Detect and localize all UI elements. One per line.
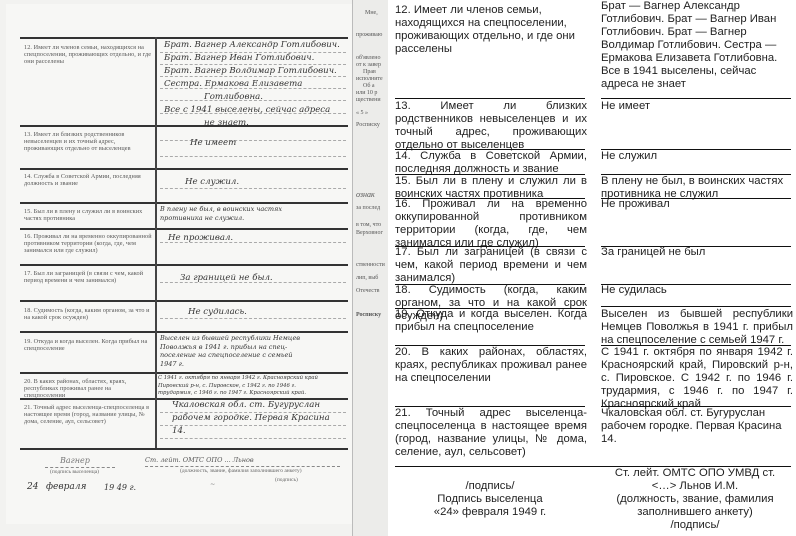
footer-signature: /подпись/	[395, 480, 585, 493]
scan-question-21: 21. Точный адрес выселенца-спецпоселенца…	[24, 404, 154, 426]
footer-officer-position: Ст. лейт. ОМТС ОПО УМВД ст.	[595, 467, 795, 480]
scan-column-divider	[155, 37, 157, 448]
question-text: 17. Был ли заграницей (в связи с чем, ка…	[395, 246, 587, 285]
handwritten-line: Брат. Вагнер Иван Готлибович.	[164, 52, 340, 65]
question-text: 13. Имеет ли близких родственников невыс…	[395, 100, 587, 152]
handwritten-line: Поволжья в 1941 г. прибыл на спец-	[160, 343, 300, 352]
scan-date-month: февраля	[46, 481, 86, 494]
scan-writing-line	[160, 438, 346, 439]
scan-officer-line: Ст. лейт. ОМТС ОПО ... Льнов	[145, 456, 254, 465]
answer-text: Не имеет	[601, 100, 793, 113]
scan-writing-line	[160, 156, 346, 157]
handwritten-line: Чкаловская обл. ст. Бугуруслан	[172, 399, 330, 412]
scan-handwritten-answer-14: Не служил.	[185, 176, 239, 189]
scan-officer-signature: ~	[210, 480, 215, 489]
scan-signature: Вагнер	[60, 454, 90, 467]
answer-text: Не служил	[601, 150, 793, 163]
scan-signature-line	[45, 467, 115, 468]
scan-officer-caption: (должность, звание, фамилия заполнившего…	[180, 468, 302, 474]
scan-handwritten-answer-18: Не судилась.	[188, 306, 247, 319]
adjacent-page-text: « 5 »	[356, 110, 368, 116]
scan-rule	[20, 372, 348, 374]
question-text: 12. Имеет ли членов семьи, находящихся н…	[395, 4, 587, 56]
scan-handwritten-answer-12: Брат. Вагнер Александр Готлибович. Брат.…	[164, 39, 340, 130]
question-text: 16. Проживал ли на временно оккупированн…	[395, 198, 587, 250]
handwritten-line: Готлибовна.	[164, 91, 340, 104]
handwritten-line: не знает.	[164, 117, 340, 130]
adjacent-page-text: Мне,	[365, 10, 378, 16]
scan-handwritten-answer-13: Не имеет	[190, 137, 236, 150]
scan-officer-sign-caption: (подпись)	[275, 477, 298, 483]
footer-signature-block-right: Ст. лейт. ОМТС ОПО УМВД ст. <…> Льнов И.…	[595, 467, 795, 532]
adjacent-page-text: ственности	[356, 262, 385, 268]
footer-officer-caption: заполнившего анкету)	[595, 506, 795, 519]
scan-handwritten-answer-17: За границей не был.	[180, 272, 273, 285]
scan-signature-caption: (подпись выселенца)	[50, 469, 99, 475]
handwritten-line: Выселен из бывшей республики Немцев	[160, 334, 300, 343]
handwritten-line: Пировский р-н, с. Пировское, с 1942 г. п…	[158, 383, 318, 391]
question-text: 21. Точный адрес выселенца-спецпоселенца…	[395, 407, 587, 459]
scan-handwritten-answer-20: С 1941 г. октября по января 1942 г. Крас…	[158, 375, 318, 398]
adjacent-page-text: Росписку	[356, 312, 381, 318]
scan-writing-line	[160, 140, 346, 141]
question-text: 20. В каких районах, областях, краях, ре…	[395, 346, 587, 385]
scan-question-13: 13. Имеет ли близких родственников невыс…	[24, 131, 154, 153]
adjacent-page-text: исполните	[356, 76, 383, 82]
scan-question-17: 17. Был ли заграницей (в связи с чем, ка…	[24, 270, 154, 284]
scan-adjacent-page: Мне, проживаю об'явлено от к завер Прав …	[352, 0, 388, 536]
answer-text: Не проживал	[601, 198, 793, 211]
scan-rule	[20, 264, 348, 266]
handwritten-line: Брат. Вагнер Волдимар Готлибович.	[164, 65, 340, 78]
scanned-form-image: 12. Имеет ли членов семьи, находящихся н…	[0, 0, 388, 536]
scan-rule	[20, 331, 348, 333]
scan-question-18: 18. Судимость (когда, каким органом, за …	[24, 307, 154, 321]
answer-text: Выселен из бывшей республики Немцев Пово…	[601, 308, 793, 347]
adjacent-page-text: Прав	[363, 69, 376, 75]
scan-handwritten-answer-16: Не проживал.	[168, 232, 233, 245]
handwritten-line: поселение на спецпоселение с семьей	[160, 351, 300, 360]
handwritten-line: Брат. Вагнер Александр Готлибович.	[164, 39, 340, 52]
scan-rule	[20, 448, 348, 450]
scan-question-15: 15. Был ли в плену и служил ли в воински…	[24, 208, 154, 222]
handwritten-line: рабочем городке. Первая Красина	[172, 412, 330, 425]
scan-rule	[20, 168, 348, 170]
answer-text: Брат — Вагнер Александр Готлибович. Брат…	[601, 0, 793, 91]
adjacent-page-text: ознак	[356, 190, 375, 199]
handwritten-line: В плену не был, в воинских частях	[160, 205, 282, 214]
scan-officer-line-rule	[145, 466, 340, 467]
scan-handwritten-answer-15: В плену не был, в воинских частях против…	[160, 205, 282, 222]
transcription-panel: 12. Имеет ли членов семьи, находящихся н…	[390, 0, 796, 536]
question-text: 14. Служба в Советской Армии, последняя …	[395, 150, 587, 176]
scan-question-19: 19. Откуда и когда выселен. Когда прибыл…	[24, 338, 154, 352]
question-text: 19. Откуда и когда выселен. Когда прибыл…	[395, 308, 587, 334]
scan-handwritten-answer-19: Выселен из бывшей республики Немцев Пово…	[160, 334, 300, 368]
scan-question-12: 12. Имеет ли членов семьи, находящихся н…	[24, 44, 154, 66]
footer-officer-caption: (должность, звание, фамилия	[595, 493, 795, 506]
scan-handwritten-answer-21: Чкаловская обл. ст. Бугуруслан рабочем г…	[172, 399, 330, 438]
answer-text: За границей не был	[601, 246, 793, 259]
scan-date-year: 19 49 г.	[104, 481, 136, 494]
footer-date: «24» февраля 1949 г.	[395, 506, 585, 519]
answer-text: С 1941 г. октября по января 1942 г. Крас…	[601, 346, 793, 411]
handwritten-line: противника не служил.	[160, 214, 282, 223]
adjacent-page-text: от к завер	[356, 62, 381, 68]
scan-question-14: 14. Служба в Советской Армии, последняя …	[24, 173, 154, 187]
scan-rule	[20, 228, 348, 230]
answer-text: Чкаловская обл. ст. Бугуруслан рабочем г…	[601, 407, 793, 446]
footer-officer-signature: /подпись/	[595, 519, 795, 532]
adjacent-page-text: Верховног	[356, 230, 383, 236]
scan-question-16: 16. Проживал ли на временно оккупированн…	[24, 233, 154, 255]
adjacent-page-text: об'явлено	[356, 55, 381, 61]
adjacent-page-text: Об а	[363, 83, 375, 89]
adjacent-page-text: или 10 р	[356, 90, 377, 96]
adjacent-page-text: лип, выб	[356, 275, 378, 281]
handwritten-line: 14.	[172, 425, 330, 438]
footer-signature-caption: Подпись выселенца	[395, 493, 585, 506]
adjacent-page-text: за послед	[356, 205, 380, 211]
adjacent-page-text: в том, что	[356, 222, 381, 228]
handwritten-line: Все с 1941 выселены, сейчас адреса	[164, 104, 340, 117]
scan-date-day: 24	[27, 481, 38, 494]
scan-question-20: 20. В каких районах, областях, краях, ре…	[24, 378, 154, 400]
handwritten-line: 1947 г.	[160, 360, 300, 369]
scan-rule	[20, 202, 348, 204]
scan-rule	[20, 300, 348, 302]
adjacent-page-text: Росписку	[356, 122, 380, 128]
adjacent-page-text: проживаю	[356, 32, 382, 38]
footer-officer-name: <…> Льнов И.М.	[595, 480, 795, 493]
adjacent-page-text: ществени	[356, 97, 381, 103]
handwritten-line: трудармия, с 1946 г. по 1947 г. Краснояр…	[158, 390, 318, 398]
answer-text: Не судилась	[601, 284, 793, 297]
handwritten-line: Сестра. Ермакова Елизавета	[164, 78, 340, 91]
handwritten-line: С 1941 г. октября по января 1942 г. Крас…	[158, 375, 318, 383]
adjacent-page-text: Отечеств	[356, 288, 379, 294]
footer-signature-block-left: /подпись/ Подпись выселенца «24» февраля…	[395, 480, 585, 519]
